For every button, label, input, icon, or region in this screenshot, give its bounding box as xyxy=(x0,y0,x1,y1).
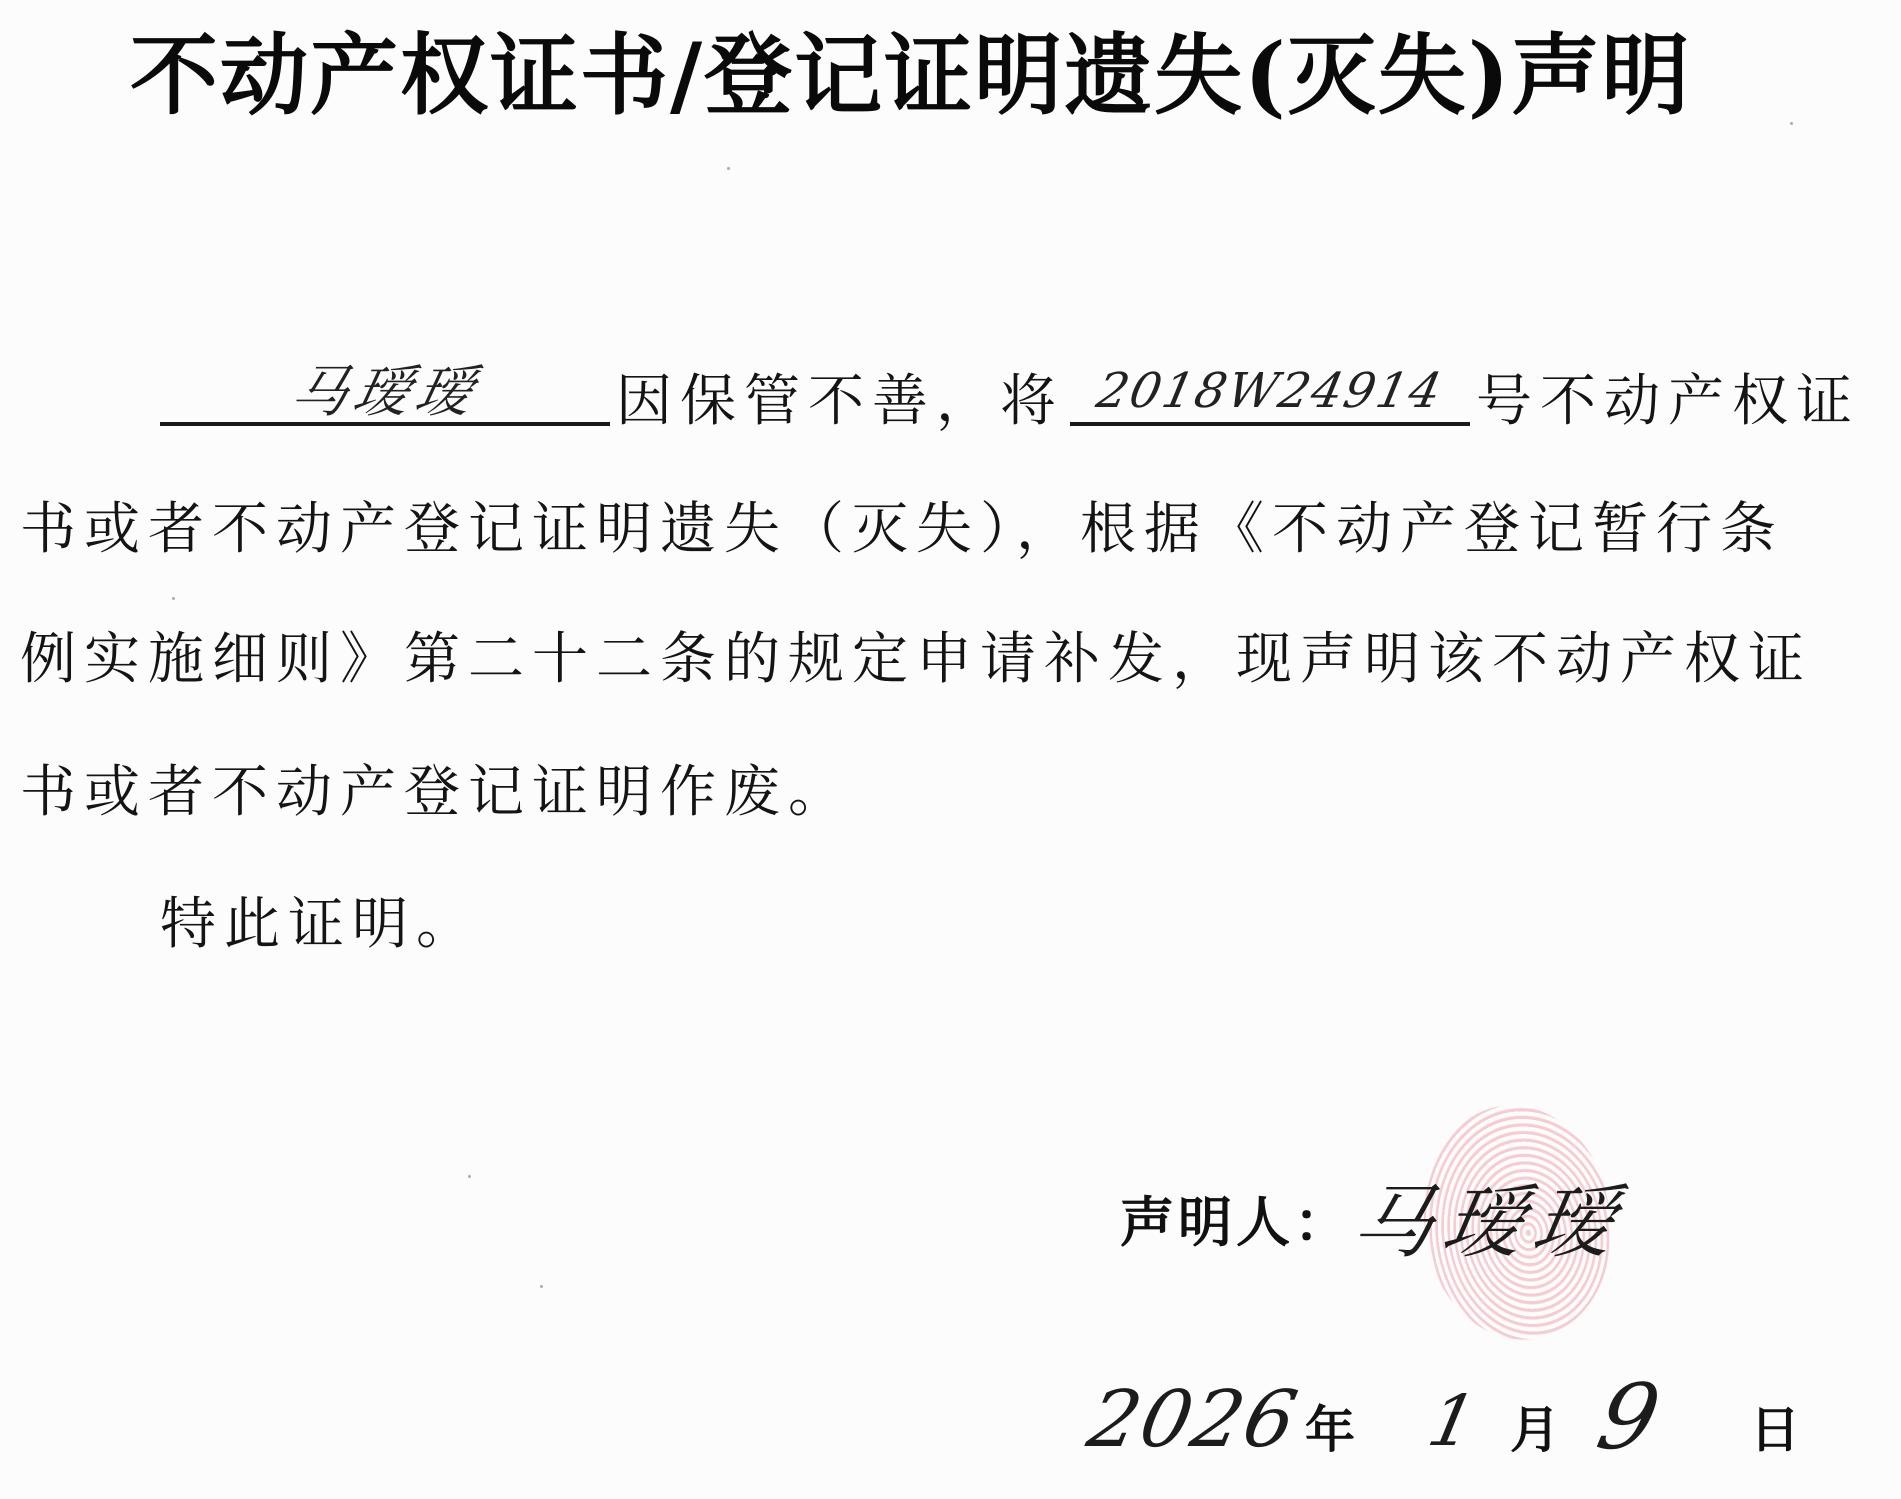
scan-speck xyxy=(1790,122,1793,125)
body-text-segment: 因保管不善，将 xyxy=(616,369,1064,434)
scan-speck xyxy=(727,167,730,170)
body-line-4: 书或者不动产登记证明作废。 xyxy=(20,758,1890,828)
declarant-name-handwritten: 马瑷瑷 xyxy=(153,358,618,428)
date-year-label: 年 xyxy=(1305,1390,1355,1462)
body-line-2: 书或者不动产登记证明遗失（灭失），根据《不动产登记暂行条 xyxy=(20,495,1890,565)
date-day-handwritten: 9 xyxy=(1589,1365,1669,1470)
body-text-segment: 号不动产权证 xyxy=(1476,369,1860,434)
date-month-label: 月 xyxy=(1510,1390,1560,1462)
date-year-handwritten: 2026 xyxy=(1080,1375,1306,1465)
document-page: 不动产权证书/登记证明遗失(灭失)声明 马瑷瑷因保管不善，将2018W24914… xyxy=(0,0,1901,1499)
certificate-number-handwritten: 2018W24914 xyxy=(1063,356,1478,426)
scan-speck xyxy=(540,1285,543,1288)
scan-speck xyxy=(172,597,175,600)
date-month-handwritten: 1 xyxy=(1421,1380,1483,1462)
closing-statement: 特此证明。 xyxy=(160,890,1901,960)
scan-speck xyxy=(468,1175,471,1178)
body-line-3: 例实施细则》第二十二条的规定申请补发，现声明该不动产权证 xyxy=(20,625,1890,695)
declarant-label: 声明人： xyxy=(1120,1190,1352,1254)
declarant-signature-handwritten: 马瑷瑷 xyxy=(1345,1158,1635,1273)
date-day-label: 日 xyxy=(1750,1390,1800,1462)
body-line-1: 马瑷瑷因保管不善，将2018W24914号不动产权证 xyxy=(160,360,1901,437)
certificate-number-field: 2018W24914 xyxy=(1070,360,1470,426)
signature-block: 声明人： 马瑷瑷 xyxy=(1120,1180,1352,1280)
declarant-name-field: 马瑷瑷 xyxy=(160,360,610,426)
document-title: 不动产权证书/登记证明遗失(灭失)声明 xyxy=(130,20,1770,130)
